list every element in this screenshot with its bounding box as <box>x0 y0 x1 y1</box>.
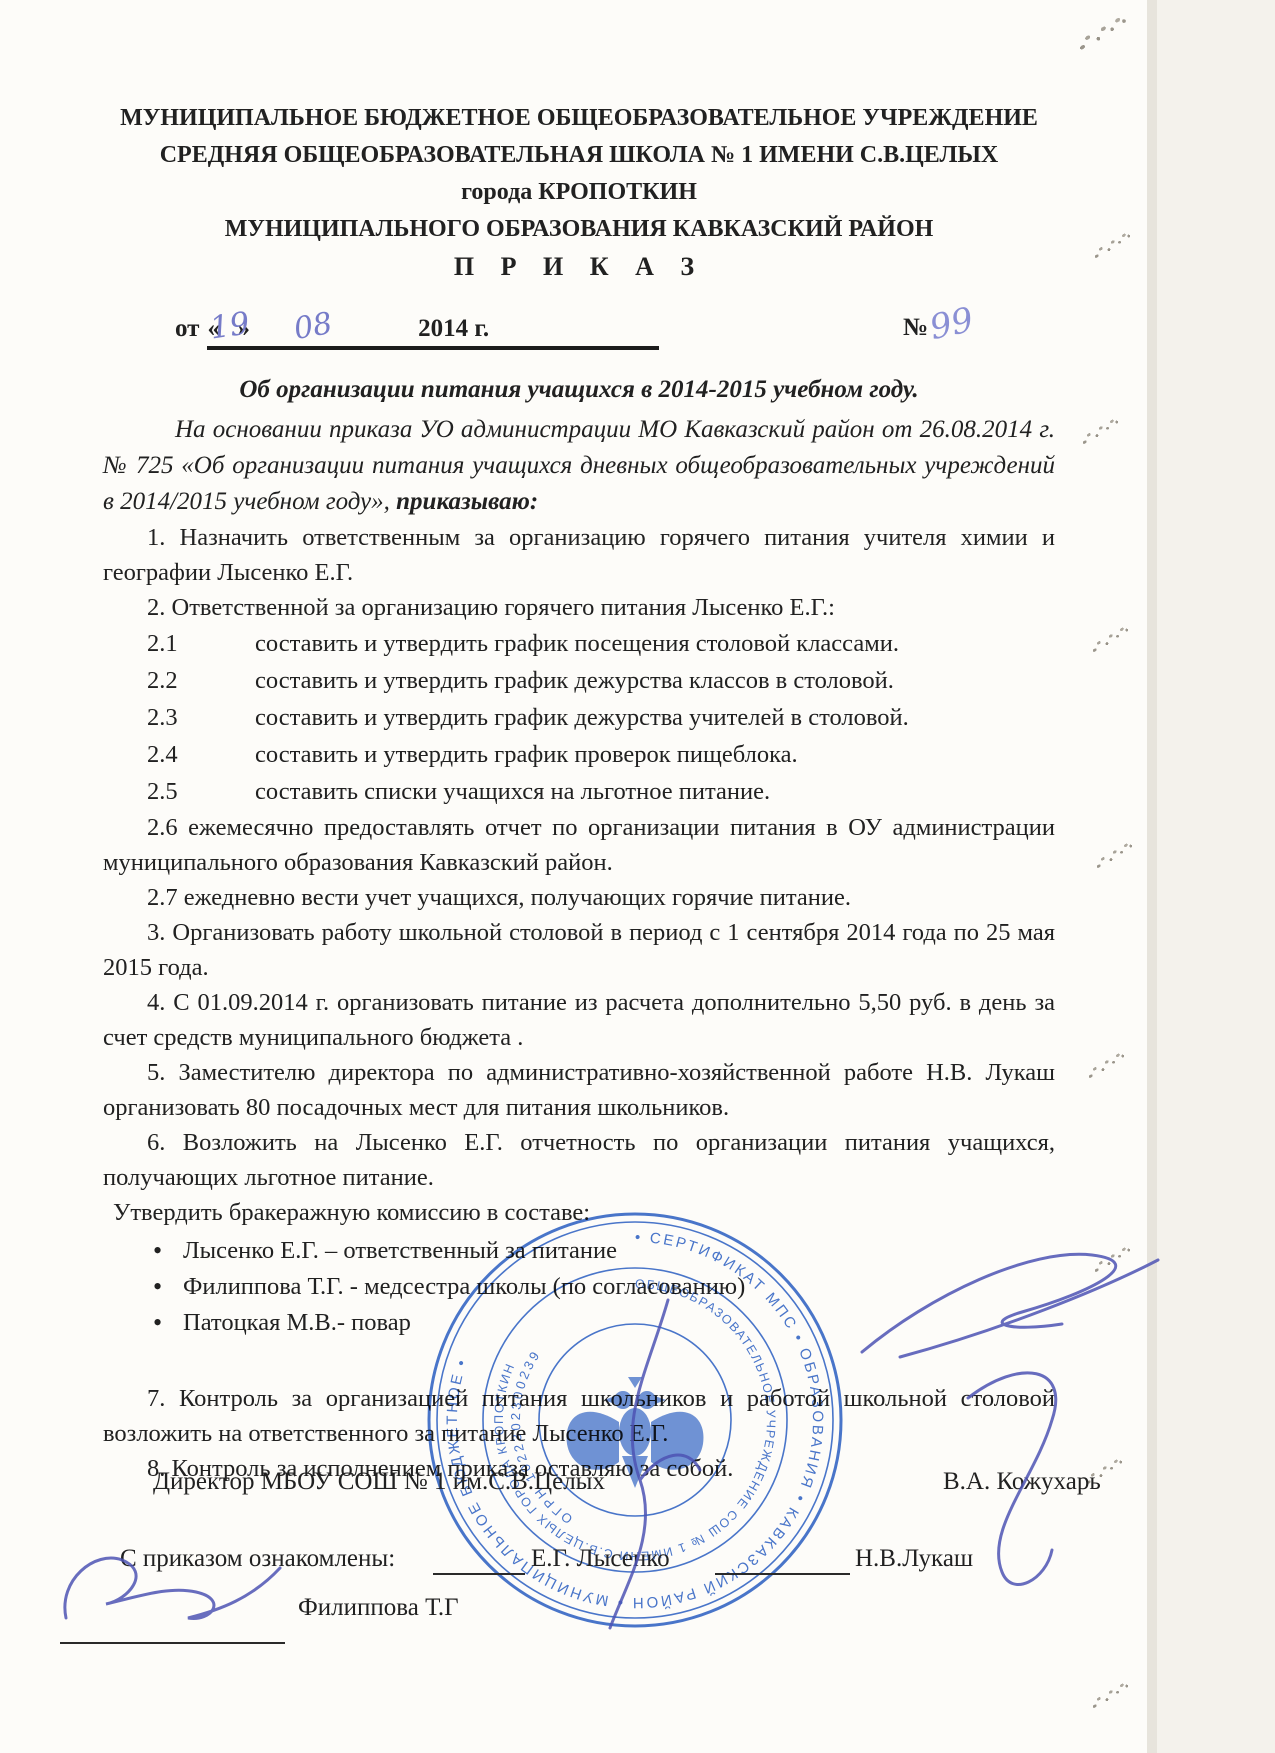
order-subject: Об организации питания учащихся в 2014-2… <box>103 376 1055 404</box>
order-subitem: 2.1 составить и утвердить график посещен… <box>103 625 1055 662</box>
subitem-number: 2.5 <box>147 773 255 810</box>
commission-intro: Утвердить бракеражную комиссию в составе… <box>103 1195 1055 1231</box>
order-subitem: 2.4 составить и утвердить график проверо… <box>103 736 1055 773</box>
order-item-3: 3. Организовать работу школьной столовой… <box>103 915 1055 985</box>
order-item-2-7: 2.7 ежедневно вести учет учащихся, получ… <box>103 880 1055 915</box>
scanned-order-page: МУНИЦИПАЛЬНОЕ БЮДЖЕТНОЕ ОБЩЕОБРАЗОВАТЕЛЬ… <box>0 0 1275 1753</box>
scan-smudge <box>1075 413 1122 451</box>
subitem-text: составить и утвердить график дежурства к… <box>255 662 894 699</box>
scan-smudge <box>1087 227 1134 265</box>
handwritten-order-number: 99 <box>926 300 977 348</box>
order-item-5: 5. Заместителю директора по администрати… <box>103 1055 1055 1125</box>
org-district-line: МУНИЦИПАЛЬНОГО ОБРАЗОВАНИЯ КАВКАЗСКИЙ РА… <box>103 211 1055 248</box>
order-item-2: 2. Ответственной за организацию горячего… <box>103 590 1055 625</box>
subitem-text: составить и утвердить график проверок пи… <box>255 736 798 773</box>
order-item-7: 7. Контроль за организацией питания школ… <box>103 1381 1055 1451</box>
director-name: В.А. Кожухарь <box>943 1468 1101 1496</box>
subitem-number: 2.2 <box>147 662 255 699</box>
subitem-number: 2.3 <box>147 699 255 736</box>
document-header: МУНИЦИПАЛЬНОЕ БЮДЖЕТНОЕ ОБЩЕОБРАЗОВАТЕЛЬ… <box>103 100 1055 248</box>
subitem-text: составить и утвердить график дежурства у… <box>255 699 909 736</box>
handwritten-day: 19 <box>208 305 252 346</box>
acknowledgement-row: С приказом ознакомлены: Е.Г. Лысенко Н.В… <box>103 1545 1153 1585</box>
dateline: от « 19 » 08 2014 г. №99 <box>103 308 1055 356</box>
subitem-text: составить и утвердить график посещения с… <box>255 625 899 662</box>
order-subitem: 2.2 составить и утвердить график дежурст… <box>103 662 1055 699</box>
signature-blank <box>60 1614 285 1644</box>
date-from-label: от <box>175 315 199 343</box>
preamble-text: На основании приказа УО администрации МО… <box>103 416 1055 515</box>
preamble-directive-word: приказываю: <box>396 488 538 515</box>
ack-label: С приказом ознакомлены: <box>120 1545 395 1573</box>
signature-blank <box>715 1545 850 1575</box>
ack-name-lukash: Н.В.Лукаш <box>855 1545 973 1573</box>
scan-smudge <box>1081 1047 1128 1085</box>
scan-smudge <box>1085 621 1132 659</box>
commission-member: Патоцкая М.В.- повар <box>103 1305 1055 1341</box>
handwritten-month: 08 <box>291 306 335 347</box>
date-year: 2014 г. <box>418 315 489 343</box>
commission-member: Филиппова Т.Г. - медсестра школы (по сог… <box>103 1269 1055 1305</box>
document-body: МУНИЦИПАЛЬНОЕ БЮДЖЕТНОЕ ОБЩЕОБРАЗОВАТЕЛЬ… <box>103 0 1055 1486</box>
order-subitem: 2.3 составить и утвердить график дежурст… <box>103 699 1055 736</box>
order-number-label: № <box>903 314 928 341</box>
scan-background <box>1157 0 1275 1753</box>
org-name-line-1: МУНИЦИПАЛЬНОЕ БЮДЖЕТНОЕ ОБЩЕОБРАЗОВАТЕЛЬ… <box>103 100 1055 137</box>
subitem-text: составить списки учащихся на льготное пи… <box>255 773 770 810</box>
spacer <box>103 1341 1055 1381</box>
scan-smudge <box>1089 837 1136 875</box>
director-label: Директор МБОУ СОШ № 1 им.С.В.Целых <box>153 1468 605 1495</box>
ack-name-filippova: Филиппова Т.Г <box>298 1594 459 1622</box>
signature-blank <box>433 1545 525 1575</box>
order-item-2-6: 2.6 ежемесячно предоставлять отчет по ор… <box>103 810 1055 880</box>
preamble: На основании приказа УО администрации МО… <box>103 412 1055 520</box>
scan-smudge <box>1070 9 1131 59</box>
order-item-6: 6. Возложить на Лысенко Е.Г. отчетность … <box>103 1125 1055 1195</box>
date-underline: « 19 » 08 2014 г. <box>207 308 659 350</box>
acknowledgement-row-2: Филиппова Т.Г <box>103 1588 1153 1632</box>
org-name-line-2: СРЕДНЯЯ ОБЩЕОБРАЗОВАТЕЛЬНАЯ ШКОЛА № 1 ИМ… <box>103 137 1055 174</box>
commission-member: Лысенко Е.Г. – ответственный за питание <box>103 1233 1055 1269</box>
subitem-number: 2.1 <box>147 625 255 662</box>
order-subitem: 2.5 составить списки учащихся на льготно… <box>103 773 1055 810</box>
scan-smudge <box>1085 1677 1132 1715</box>
commission-list: Лысенко Е.Г. – ответственный за питание … <box>103 1233 1055 1341</box>
order-item-1: 1. Назначить ответственным за организаци… <box>103 520 1055 590</box>
scan-smudge <box>1087 1241 1134 1279</box>
order-item-4: 4. С 01.09.2014 г. организовать питание … <box>103 985 1055 1055</box>
director-sign-row: Директор МБОУ СОШ № 1 им.С.В.Целых В.А. … <box>103 1468 1153 1496</box>
document-type-title: П Р И К А З <box>103 252 1055 282</box>
org-city-line: города КРОПОТКИН <box>103 174 1055 211</box>
subitem-number: 2.4 <box>147 736 255 773</box>
ack-name-lysenko: Е.Г. Лысенко <box>531 1545 670 1573</box>
